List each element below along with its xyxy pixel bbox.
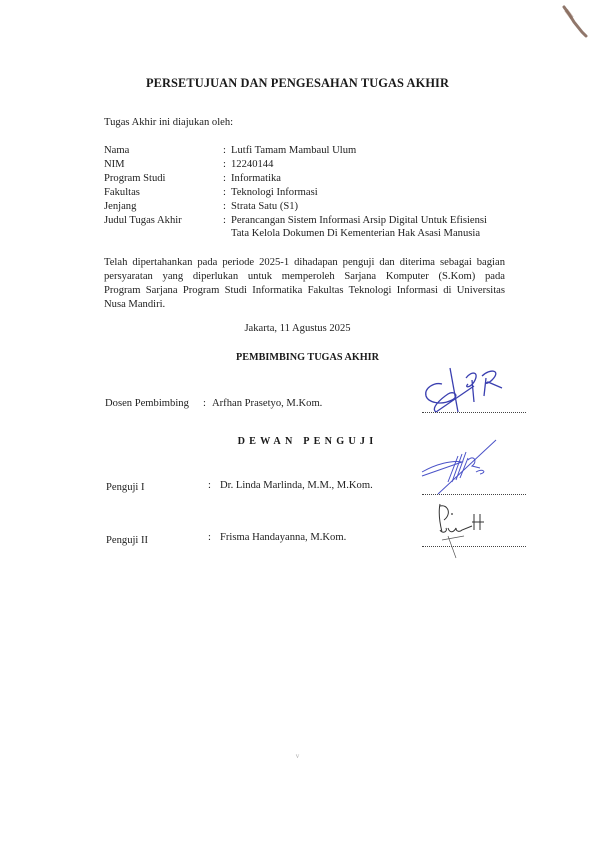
examiner-1-signature-line xyxy=(422,494,526,495)
paragraph-line: Telah dipertahankan pada periode 2025-1 … xyxy=(104,256,505,270)
examiner-1-name: Dr. Linda Marlinda, M.M., M.Kom. xyxy=(220,480,373,491)
field-value: Perancangan Sistem Informasi Arsip Digit… xyxy=(231,215,487,226)
examiner-1-colon: : xyxy=(208,480,211,491)
field-value: Strata Satu (S1) xyxy=(231,201,298,212)
examiner-1-signature xyxy=(418,438,508,496)
paragraph-line: Nusa Mandiri. xyxy=(104,298,505,312)
supervisor-name: Arfhan Prasetyo, M.Kom. xyxy=(212,398,322,409)
page-number: v xyxy=(0,752,595,760)
examiner-2-signature xyxy=(434,500,494,560)
field-value-line2: Tata Kelola Dokumen Di Kementerian Hak A… xyxy=(231,228,480,239)
defense-paragraph: Telah dipertahankan pada periode 2025-1 … xyxy=(104,256,505,312)
examiner-2-role: Penguji II xyxy=(106,535,148,546)
supervisor-heading: PEMBIMBING TUGAS AKHIR xyxy=(10,352,595,363)
paragraph-line: Program Sarjana Program Studi Informatik… xyxy=(104,284,505,298)
document-title: PERSETUJUAN DAN PENGESAHAN TUGAS AKHIR xyxy=(0,76,595,91)
field-label: Judul Tugas Akhir xyxy=(104,215,224,226)
field-colon: : xyxy=(223,201,226,212)
field-label: Jenjang xyxy=(104,201,224,212)
supervisor-role: Dosen Pembimbing xyxy=(105,398,189,409)
field-label: Fakultas xyxy=(104,187,224,198)
examiner-2-signature-line xyxy=(422,546,526,547)
supervisor-colon: : xyxy=(203,398,206,409)
supervisor-signature xyxy=(422,366,512,416)
field-value: 12240144 xyxy=(231,159,273,170)
field-colon: : xyxy=(223,187,226,198)
paragraph-line: persyaratan yang diperlukan untuk memper… xyxy=(104,270,505,284)
intro-text: Tugas Akhir ini diajukan oleh: xyxy=(104,117,233,128)
field-colon: : xyxy=(223,145,226,156)
field-colon: : xyxy=(223,173,226,184)
examiner-2-name: Frisma Handayanna, M.Kom. xyxy=(220,532,346,543)
examiner-2-colon: : xyxy=(208,532,211,543)
field-value: Informatika xyxy=(231,173,281,184)
field-value: Lutfi Tamam Mambaul Ulum xyxy=(231,145,356,156)
field-label: NIM xyxy=(104,159,224,170)
field-label: Nama xyxy=(104,145,224,156)
examiner-1-role: Penguji I xyxy=(106,482,145,493)
place-date: Jakarta, 11 Agustus 2025 xyxy=(0,323,595,334)
scan-smudge xyxy=(560,4,590,40)
field-label: Program Studi xyxy=(104,173,224,184)
supervisor-signature-line xyxy=(422,412,526,413)
field-value: Teknologi Informasi xyxy=(231,187,318,198)
field-colon: : xyxy=(223,159,226,170)
field-colon: : xyxy=(223,215,226,226)
